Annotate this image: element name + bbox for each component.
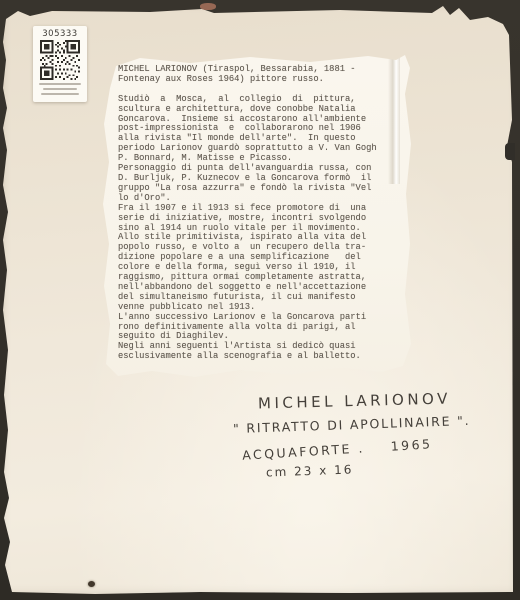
fine-print-line <box>43 88 77 90</box>
red-smudge-mark <box>200 3 216 10</box>
qr-code-icon <box>40 40 80 80</box>
fine-print-line <box>41 93 79 95</box>
typed-biography-text: MICHEL LARIONOV (Tiraspol, Bessarabia, 1… <box>118 65 406 362</box>
torn-edge-notch <box>505 143 515 160</box>
inventory-number: 305333 <box>33 29 87 39</box>
fine-print-line <box>39 83 81 85</box>
typed-label-paper: MICHEL LARIONOV (Tiraspol, Bessarabia, 1… <box>100 54 414 390</box>
pinhole-spot <box>88 581 95 587</box>
inventory-sticker: 305333 <box>33 26 87 102</box>
